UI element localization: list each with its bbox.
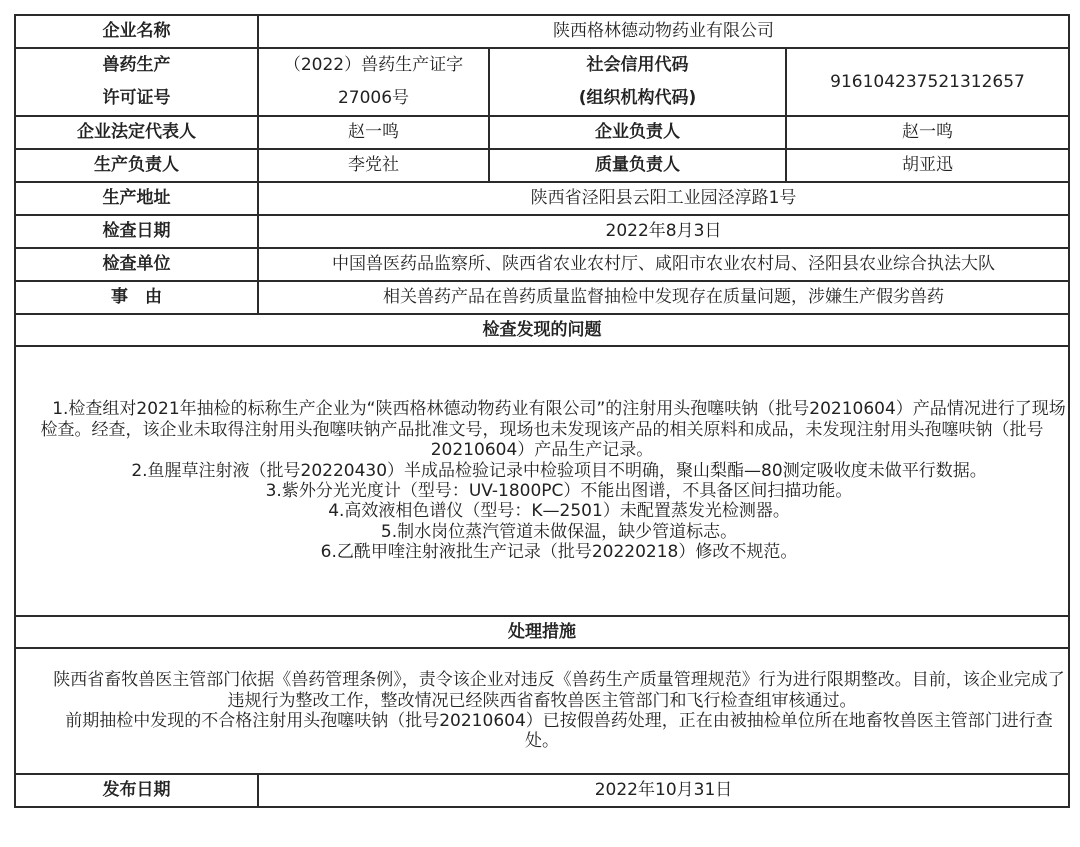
finding-item: 1.检查组对2021年抽检的标称生产企业为“陕西格林德动物药业有限公司”的注射用… xyxy=(16,399,1068,460)
quality-head-label: 质量负责人 xyxy=(489,149,786,182)
row-measures-title: 处理措施 xyxy=(15,616,1069,648)
measure-paragraph: 陕西省畜牧兽医主管部门依据《兽药管理条例》，责令该企业对违反《兽药生产质量管理规… xyxy=(16,670,1068,711)
row-license: 兽药生产 许可证号 （2022）兽药生产证字 27006号 社会信用代码 (组织… xyxy=(15,48,1069,116)
quality-head-value: 胡亚迅 xyxy=(786,149,1069,182)
production-head-label: 生产负责人 xyxy=(15,149,258,182)
finding-item: 6.乙酰甲喹注射液批生产记录（批号20220218）修改不规范。 xyxy=(16,542,1068,562)
reason-label: 事 由 xyxy=(15,281,258,314)
inspection-date-label: 检查日期 xyxy=(15,215,258,248)
row-publish-date: 发布日期 2022年10月31日 xyxy=(15,774,1069,807)
credit-code-value: 916104237521312657 xyxy=(786,48,1069,116)
legal-rep-label: 企业法定代表人 xyxy=(15,116,258,149)
license-label: 兽药生产 许可证号 xyxy=(15,48,258,116)
row-legal-rep: 企业法定代表人 赵一鸣 企业负责人 赵一鸣 xyxy=(15,116,1069,149)
findings-body: 1.检查组对2021年抽检的标称生产企业为“陕西格林德动物药业有限公司”的注射用… xyxy=(15,346,1069,616)
findings-title: 检查发现的问题 xyxy=(15,314,1069,346)
license-value-line2: 27006号 xyxy=(259,82,488,115)
inspection-date-value: 2022年8月3日 xyxy=(258,215,1069,248)
measures-title: 处理措施 xyxy=(15,616,1069,648)
row-inspection-date: 检查日期 2022年8月3日 xyxy=(15,215,1069,248)
row-reason: 事 由 相关兽药产品在兽药质量监督抽检中发现存在质量问题，涉嫌生产假劣兽药 xyxy=(15,281,1069,314)
finding-item: 2.鱼腥草注射液（批号20220430）半成品检验记录中检验项目不明确，聚山梨酯… xyxy=(16,461,1068,481)
row-findings-title: 检查发现的问题 xyxy=(15,314,1069,346)
measure-paragraph: 前期抽检中发现的不合格注射用头孢噻呋钠（批号20210604）已按假兽药处理，正… xyxy=(16,711,1068,752)
license-value: （2022）兽药生产证字 27006号 xyxy=(258,48,489,116)
inspection-units-value: 中国兽医药品监察所、陕西省农业农村厅、咸阳市农业农村局、泾阳县农业综合执法大队 xyxy=(258,248,1069,281)
finding-item: 5.制水岗位蒸汽管道未做保温，缺少管道标志。 xyxy=(16,522,1068,542)
row-findings-body: 1.检查组对2021年抽检的标称生产企业为“陕西格林德动物药业有限公司”的注射用… xyxy=(15,346,1069,616)
credit-code-label: 社会信用代码 (组织机构代码) xyxy=(489,48,786,116)
license-label-line1: 兽药生产 xyxy=(16,49,257,82)
company-name-label: 企业名称 xyxy=(15,15,258,48)
legal-rep-value: 赵一鸣 xyxy=(258,116,489,149)
credit-code-label-line2: (组织机构代码) xyxy=(490,82,785,115)
license-value-line1: （2022）兽药生产证字 xyxy=(259,49,488,82)
row-inspection-units: 检查单位 中国兽医药品监察所、陕西省农业农村厅、咸阳市农业农村局、泾阳县农业综合… xyxy=(15,248,1069,281)
row-production-head: 生产负责人 李党社 质量负责人 胡亚迅 xyxy=(15,149,1069,182)
company-head-value: 赵一鸣 xyxy=(786,116,1069,149)
license-label-line2: 许可证号 xyxy=(16,82,257,115)
publish-date-value: 2022年10月31日 xyxy=(258,774,1069,807)
finding-item: 4.高效液相色谱仪（型号：K—2501）未配置蒸发光检测器。 xyxy=(16,501,1068,521)
row-company-name: 企业名称 陕西格林德动物药业有限公司 xyxy=(15,15,1069,48)
publish-date-label: 发布日期 xyxy=(15,774,258,807)
production-head-value: 李党社 xyxy=(258,149,489,182)
row-measures-body: 陕西省畜牧兽医主管部门依据《兽药管理条例》，责令该企业对违反《兽药生产质量管理规… xyxy=(15,648,1069,774)
company-name-value: 陕西格林德动物药业有限公司 xyxy=(258,15,1069,48)
finding-item: 3.紫外分光光度计（型号：UV-1800PC）不能出图谱，不具备区间扫描功能。 xyxy=(16,481,1068,501)
company-head-label: 企业负责人 xyxy=(489,116,786,149)
address-label: 生产地址 xyxy=(15,182,258,215)
credit-code-label-line1: 社会信用代码 xyxy=(490,49,785,82)
inspection-report-table: 企业名称 陕西格林德动物药业有限公司 兽药生产 许可证号 （2022）兽药生产证… xyxy=(14,14,1070,808)
measures-body: 陕西省畜牧兽医主管部门依据《兽药管理条例》，责令该企业对违反《兽药生产质量管理规… xyxy=(15,648,1069,774)
reason-value: 相关兽药产品在兽药质量监督抽检中发现存在质量问题，涉嫌生产假劣兽药 xyxy=(258,281,1069,314)
row-address: 生产地址 陕西省泾阳县云阳工业园泾淳路1号 xyxy=(15,182,1069,215)
inspection-units-label: 检查单位 xyxy=(15,248,258,281)
address-value: 陕西省泾阳县云阳工业园泾淳路1号 xyxy=(258,182,1069,215)
